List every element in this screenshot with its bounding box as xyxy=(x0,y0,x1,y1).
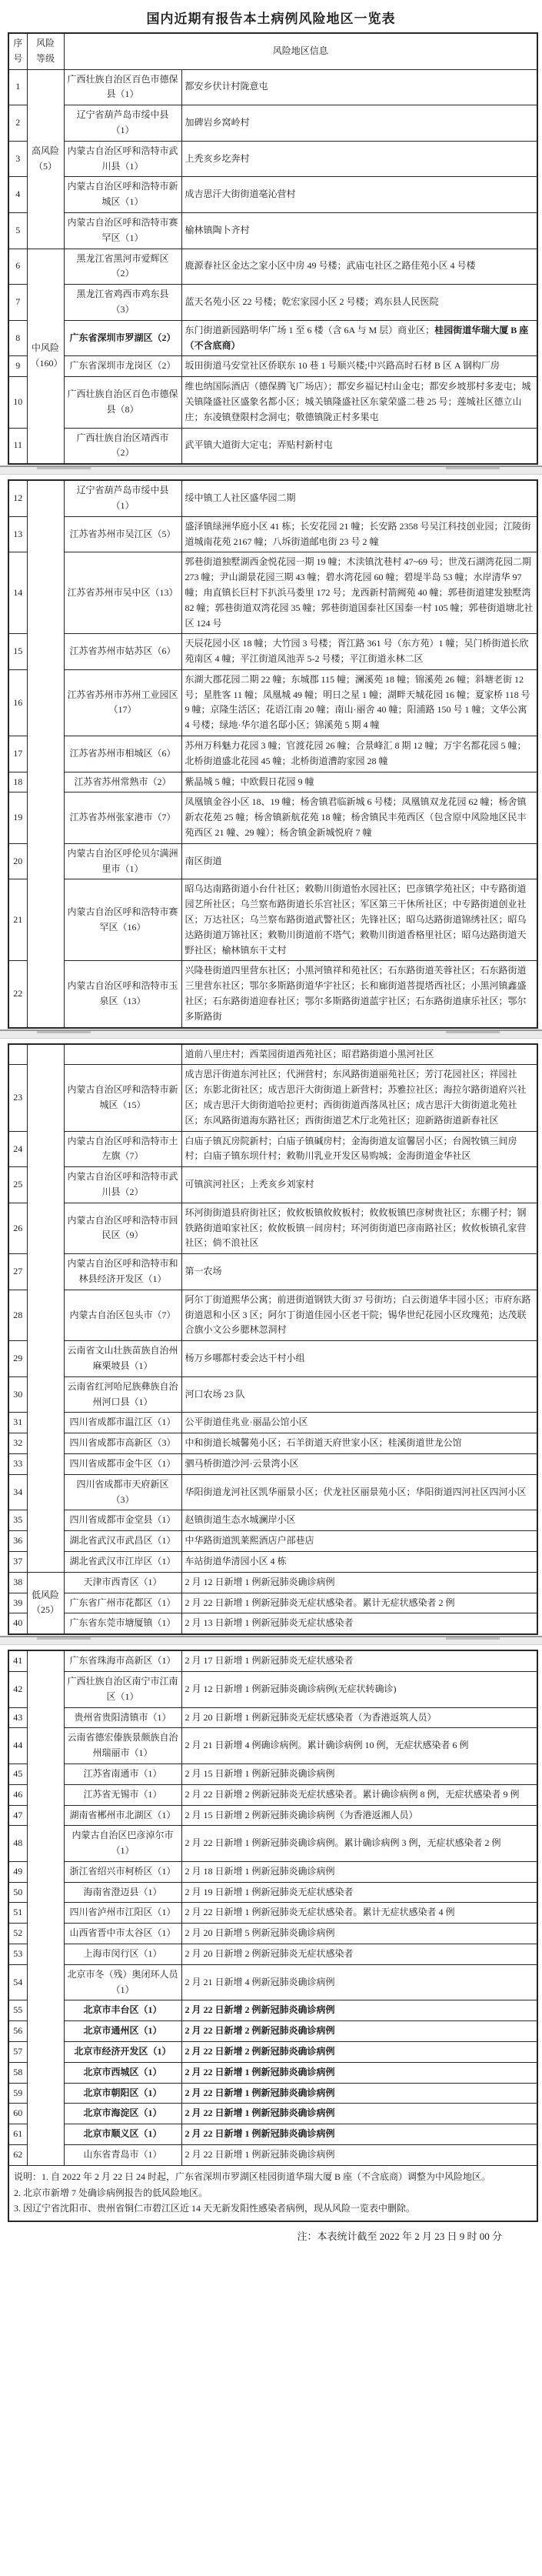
table-row: 43贵州省贵阳清镇市（1）2 月 20 日新增 1 例新冠肺炎无症状感染者（为香… xyxy=(8,1707,537,1728)
region-cell: 内蒙古自治区包头市（7） xyxy=(64,1290,181,1340)
table-row: 41广东省珠海市高新区（1）2 月 17 日新增 1 例新冠肺炎无症状感染者 xyxy=(8,1650,537,1671)
row-number-cell: 21 xyxy=(8,879,27,961)
region-cell: 内蒙古自治区呼和浩特市土左旗（7） xyxy=(64,1131,181,1167)
row-number-cell: 41 xyxy=(8,1650,27,1671)
region-cell: 内蒙古自治区巴彦淖尔市（1） xyxy=(64,1826,181,1862)
region-cell: 四川省成都市金牛区（1） xyxy=(64,1453,181,1474)
table-row: 55北京市丰台区（1）2 月 22 日新增 2 例新冠肺炎确诊病例 xyxy=(8,2000,537,2021)
table-row: 56北京市通州区（1）2 月 22 日新增 2 例新冠肺炎确诊病例 xyxy=(8,2021,537,2042)
risk-table-segment: 12辽宁省葫芦岛市绥中县（1）绥中镇工人社区盛华园二期13江苏省苏州市吴江区（5… xyxy=(8,479,538,1029)
region-cell: 上海市闵行区（1） xyxy=(64,1944,181,1965)
info-cell: 车站街道华清园小区 4 栋 xyxy=(181,1551,537,1572)
stats-cutoff-note: 注：本表统计截至 2022 年 2 月 23 日 9 时 00 分 xyxy=(0,2222,542,2275)
table-row: 21内蒙古自治区呼和浩特市赛罕区（16）昭乌达南路街道小台什社区；敕勒川街道怡水… xyxy=(8,879,537,961)
table-row: 38低风险 （25）天津市西青区（1）2 月 12 日新增 1 例新冠肺炎确诊病… xyxy=(8,1572,537,1593)
region-cell: 四川省成都市高新区（3） xyxy=(64,1433,181,1454)
info-cell: 中和街道长城馨苑小区；石羊街道天府世家小区；桂溪街道世龙公馆 xyxy=(181,1433,537,1454)
page-corner-mark xyxy=(446,1637,500,1640)
row-number-cell: 49 xyxy=(8,1861,27,1882)
info-cell: 第一农场 xyxy=(181,1254,537,1290)
table-row: 52山西省晋中市太谷区（1）2 月 20 日新增 5 例新冠肺炎确诊病例 xyxy=(8,1924,537,1944)
info-cell: 2 月 22 日新增 1 例新冠肺炎确诊病例 xyxy=(181,2124,537,2145)
table-row: 45江苏省南通市（1）2 月 15 日新增 1 例新冠肺炎确诊病例 xyxy=(8,1763,537,1784)
region-cell: 天津市西青区（1） xyxy=(64,1572,181,1593)
row-number-cell: 27 xyxy=(8,1254,27,1290)
table-row: 27内蒙古自治区呼和浩特市和林县经济开发区（1）第一农场 xyxy=(8,1254,537,1290)
info-cell: 武平镇大道街大定屯；弄贴村新村屯 xyxy=(181,428,537,464)
region-cell: 内蒙古自治区呼和浩特市赛罕区（1） xyxy=(64,212,181,249)
row-number-cell: 22 xyxy=(8,961,27,1028)
info-cell: 赵镇街道生态水城澜岸小区 xyxy=(181,1510,537,1531)
info-cell: 2 月 15 日新增 2 例新冠肺炎确诊病例（为香港返湘人员） xyxy=(181,1805,537,1826)
row-number-cell: 24 xyxy=(8,1131,27,1167)
row-number-cell: 4 xyxy=(8,177,27,213)
row-number-cell: 14 xyxy=(8,552,27,634)
region-cell: 广东省东莞市塘厦镇（1） xyxy=(64,1613,181,1634)
table-row: 29云南省文山壮族苗族自治州麻栗坡县（1）杨万乡哪都村委会达干村小组 xyxy=(8,1341,537,1377)
table-row: 36湖北省武汉市武昌区（1）中华路街道凯莱熙酒店户部巷店 xyxy=(8,1531,537,1552)
table-row: 2辽宁省葫芦岛市绥中县（1）加碑岩乡窝岭村 xyxy=(8,105,537,142)
row-number-cell: 53 xyxy=(8,1944,27,1965)
region-cell: 广西壮族自治区百色市德保县（1） xyxy=(64,69,181,105)
table-row: 57北京市经济开发区（1）2 月 22 日新增 2 例新冠肺炎确诊病例 xyxy=(8,2042,537,2063)
row-number-cell: 44 xyxy=(8,1728,27,1764)
row-number-cell: 59 xyxy=(8,2083,27,2104)
table-row: 11广西壮族自治区靖西市（2）武平镇大道街大定屯；弄贴村新村屯 xyxy=(8,428,537,464)
header-row: 序 号风险 等级风险地区信息 xyxy=(8,33,537,69)
region-cell: 江苏省苏州张家港市（7） xyxy=(64,792,181,843)
col-header-info: 风险地区信息 xyxy=(64,33,537,69)
table-page: 41广东省珠海市高新区（1）2 月 17 日新增 1 例新冠肺炎无症状感染者42… xyxy=(0,1650,542,2222)
table-row: 39广东省广州市花都区（1）2 月 22 日新增 1 例新冠肺炎无症状感染者。累… xyxy=(8,1593,537,1613)
region-cell: 北京市通州区（1） xyxy=(64,2021,181,2042)
region-cell: 云南省红河哈尼族彝族自治州河口县（1） xyxy=(64,1376,181,1413)
table-page: 道前八里庄村；西菜园街道西苑社区；昭君路街道小黑河社区23内蒙古自治区呼和浩特市… xyxy=(0,1043,542,1636)
note-line: 2. 北京市新增 7 处确诊病例报告的低风险地区。 xyxy=(14,2186,532,2201)
info-cell: 盛泽镇绿洲华庭小区 41 栋；长安花园 21 幢；长安路 2358 号吴江科技创… xyxy=(181,516,537,552)
row-number-cell xyxy=(8,1044,27,1065)
table-row: 8广东省深圳市罗湖区（2）东门街道新园路明华广场 1 至 6 楼（含 6A 与 … xyxy=(8,320,537,356)
region-cell: 山西省晋中市太谷区（1） xyxy=(64,1924,181,1944)
info-cell: 2 月 22 日新增 1 例新冠肺炎确诊病例。累计确诊病例 3 例，无症状感染者… xyxy=(181,1826,537,1862)
row-number-cell: 30 xyxy=(8,1376,27,1413)
notes-cell: 说明：1. 自 2022 年 2 月 22 日 24 时起，广东省深圳市罗湖区桂… xyxy=(8,2165,537,2221)
table-row: 道前八里庄村；西菜园街道西苑社区；昭君路街道小黑河社区 xyxy=(8,1044,537,1065)
info-cell: 天辰花园小区 18 幢；大竹园 3 号楼；胥江路 361 号（东方苑）1 幢；吴… xyxy=(181,634,537,670)
table-row: 47湖南省郴州市北湖区（1）2 月 15 日新增 2 例新冠肺炎确诊病例（为香港… xyxy=(8,1805,537,1826)
region-cell: 北京市丰台区（1） xyxy=(64,2000,181,2021)
info-cell: 2 月 22 日新增 1 例新冠肺炎无症状感染者。累计无症状感染者 4 例 xyxy=(181,1903,537,1924)
region-cell: 北京市朝阳区（1） xyxy=(64,2083,181,2104)
info-cell: 公平街道佳兆业·丽晶公馆小区 xyxy=(181,1413,537,1433)
info-cell: 榆林镇陶卜齐村 xyxy=(181,212,537,249)
table-row: 37湖北省武汉市江岸区（1）车站街道华清园小区 4 栋 xyxy=(8,1551,537,1572)
row-number-cell: 60 xyxy=(8,2104,27,2124)
row-number-cell: 62 xyxy=(8,2145,27,2166)
risk-level-cell: 中风险 （160） xyxy=(27,249,64,464)
info-cell: 阿尔丁街道熙华公寓；前进街道钢铁大街 37 号街坊；白云街道华丰园小区；市府东路… xyxy=(181,1290,537,1340)
row-number-cell: 26 xyxy=(8,1203,27,1253)
row-number-cell: 56 xyxy=(8,2021,27,2042)
info-cell: 中华路街道凯莱熙酒店户部巷店 xyxy=(181,1531,537,1552)
row-number-cell: 18 xyxy=(8,772,27,792)
row-number-cell: 50 xyxy=(8,1882,27,1903)
info-cell: 2 月 21 日新增 4 例确诊病例。累计确诊病例 10 例，无症状感染者 6 … xyxy=(181,1728,537,1764)
table-row: 44云南省德宏傣族景颇族自治州瑞丽市（1）2 月 21 日新增 4 例确诊病例。… xyxy=(8,1728,537,1764)
info-cell: 2 月 20 日新增 5 例新冠肺炎确诊病例 xyxy=(181,1924,537,1944)
row-number-cell: 15 xyxy=(8,634,27,670)
row-number-cell: 29 xyxy=(8,1341,27,1377)
row-number-cell: 17 xyxy=(8,736,27,772)
table-row: 19江苏省苏州张家港市（7）凤凰镇金谷小区 18、19 幢；杨舍镇君临新城 6 … xyxy=(8,792,537,843)
region-cell: 内蒙古自治区呼和浩特市回民区（9） xyxy=(64,1203,181,1253)
table-row: 5内蒙古自治区呼和浩特市赛罕区（1）榆林镇陶卜齐村 xyxy=(8,212,537,249)
table-row: 3内蒙古自治区呼和浩特市武川县（1）上秃亥乡圪奔村 xyxy=(8,141,537,177)
row-number-cell: 32 xyxy=(8,1433,27,1454)
table-row: 48内蒙古自治区巴彦淖尔市（1）2 月 22 日新增 1 例新冠肺炎确诊病例。累… xyxy=(8,1826,537,1862)
row-number-cell: 10 xyxy=(8,377,27,428)
info-cell: 2 月 22 日新增 2 例新冠肺炎无症状感染者。累计确诊病例 8 例，无症状感… xyxy=(181,1784,537,1805)
region-cell: 内蒙古自治区呼和浩特市赛罕区（16） xyxy=(64,879,181,961)
region-cell: 江苏省苏州常熟市（2） xyxy=(64,772,181,792)
table-row: 30云南省红河哈尼族彝族自治州河口县（1）河口农场 23 队 xyxy=(8,1376,537,1413)
region-cell: 内蒙古自治区呼和浩特市武川县（2） xyxy=(64,1167,181,1203)
info-cell: 2 月 22 日新增 1 例新冠肺炎无症状感染者。累计无症状感染者 2 例 xyxy=(181,1593,537,1613)
region-cell: 云南省德宏傣族景颇族自治州瑞丽市（1） xyxy=(64,1728,181,1764)
risk-level-cell: 高风险 （5） xyxy=(27,69,64,249)
risk-table-segment: 41广东省珠海市高新区（1）2 月 17 日新增 1 例新冠肺炎无症状感染者42… xyxy=(8,1650,538,2222)
risk-level-cell: 低风险 （25） xyxy=(27,1572,64,1634)
table-row: 60北京市海淀区（1）2 月 22 日新增 1 例新冠肺炎确诊病例 xyxy=(8,2104,537,2124)
row-number-cell: 57 xyxy=(8,2042,27,2063)
region-cell: 海南省澄迈县（1） xyxy=(64,1882,181,1903)
table-row: 46江苏省无锡市（1）2 月 22 日新增 2 例新冠肺炎无症状感染者。累计确诊… xyxy=(8,1784,537,1805)
region-cell: 北京市经济开发区（1） xyxy=(64,2042,181,2063)
table-row: 58北京市西城区（1）2 月 22 日新增 1 例新冠肺炎确诊病例 xyxy=(8,2062,537,2083)
info-cell: 2 月 22 日新增 1 例新冠肺炎确诊病例 xyxy=(181,2104,537,2124)
info-cell: 东湖大郡花园二期 22 幢；东城郡 115 幢；澜溪苑 18 幢；锦溪苑 26 … xyxy=(181,669,537,736)
info-cell: 2 月 21 日新增 4 例新冠肺炎确诊病例 xyxy=(181,1964,537,2000)
row-number-cell: 46 xyxy=(8,1784,27,1805)
region-cell: 北京市顺义区（1） xyxy=(64,2124,181,2145)
region-cell: 浙江省绍兴市柯桥区（1） xyxy=(64,1861,181,1882)
table-row: 54北京市冬（残）奥闭环人员（1）2 月 21 日新增 4 例新冠肺炎确诊病例 xyxy=(8,1964,537,2000)
table-row: 51四川省泸州市江阳区（1）2 月 22 日新增 1 例新冠肺炎无症状感染者。累… xyxy=(8,1903,537,1924)
info-cell: 都安乡伏计村陇意屯 xyxy=(181,69,537,105)
region-cell: 江苏省苏州市吴中区（13） xyxy=(64,552,181,634)
row-number-cell: 58 xyxy=(8,2062,27,2083)
table-row: 7黑龙江省鸡西市鸡东县（3）蓝天名苑小区 22 号楼；乾宏家园小区 2 号楼；鸡… xyxy=(8,285,537,321)
info-cell: 2 月 17 日新增 1 例新冠肺炎无症状感染者 xyxy=(181,1650,537,1671)
row-number-cell: 28 xyxy=(8,1290,27,1340)
table-row: 16江苏省苏州市苏州工业园区（17）东湖大郡花园二期 22 幢；东城郡 115 … xyxy=(8,669,537,736)
table-page: 12辽宁省葫芦岛市绥中县（1）绥中镇工人社区盛华园二期13江苏省苏州市吴江区（5… xyxy=(0,479,542,1029)
row-number-cell: 37 xyxy=(8,1551,27,1572)
col-header-level: 风险 等级 xyxy=(27,33,64,69)
row-number-cell: 2 xyxy=(8,105,27,142)
row-number-cell: 9 xyxy=(8,356,27,377)
table-row: 49浙江省绍兴市柯桥区（1）2 月 18 日新增 1 例新冠肺炎确诊病例 xyxy=(8,1861,537,1882)
row-number-cell: 20 xyxy=(8,843,27,879)
info-cell: 维也纳国际酒店（德保腾飞广场店）；都安乡福记村山金屯；都安乡坡那村多麦屯；城关镇… xyxy=(181,377,537,428)
row-number-cell: 39 xyxy=(8,1593,27,1613)
info-cell: 2 月 22 日新增 2 例新冠肺炎确诊病例 xyxy=(181,2000,537,2021)
row-number-cell: 34 xyxy=(8,1474,27,1510)
region-cell xyxy=(64,1044,181,1065)
info-cell: 绥中镇工人社区盛华园二期 xyxy=(181,480,537,516)
table-row: 13江苏省苏州市吴江区（5）盛泽镇绿洲华庭小区 41 栋；长安花园 21 幢；长… xyxy=(8,516,537,552)
info-cell: 凤凰镇金谷小区 18、19 幢；杨舍镇君临新城 6 号楼；凤凰镇双龙花园 62 … xyxy=(181,792,537,843)
row-number-cell: 7 xyxy=(8,285,27,321)
region-cell: 江苏省苏州市相城区（6） xyxy=(64,736,181,772)
table-row: 53上海市闵行区（1）2 月 20 日新增 2 例新冠肺炎无症状感染者 xyxy=(8,1944,537,1965)
row-number-cell: 40 xyxy=(8,1613,27,1634)
page-corner-mark xyxy=(446,1031,500,1033)
row-number-cell: 51 xyxy=(8,1903,27,1924)
region-cell: 辽宁省葫芦岛市绥中县（1） xyxy=(64,480,181,516)
row-number-cell: 55 xyxy=(8,2000,27,2021)
info-cell: 坂田街道马安堂社区侨联东 10 巷 1 号顺兴楼;中兴路高时石材 B 区 A 钢… xyxy=(181,356,537,377)
row-number-cell: 38 xyxy=(8,1572,27,1593)
table-row: 50海南省澄迈县（1）2 月 19 日新增 1 例新冠肺炎无症状感染者 xyxy=(8,1882,537,1903)
row-number-cell: 48 xyxy=(8,1826,27,1862)
page-break-band xyxy=(0,465,542,475)
risk-level-cell xyxy=(27,480,64,1028)
region-cell: 内蒙古自治区呼和浩特市新城区（1） xyxy=(64,177,181,213)
info-cell: 2 月 22 日新增 2 例新冠肺炎确诊病例 xyxy=(181,2021,537,2042)
info-cell: 蓝天名苑小区 22 号楼；乾宏家园小区 2 号楼；鸡东县人民医院 xyxy=(181,285,537,321)
risk-table-segment: 序 号风险 等级风险地区信息1高风险 （5）广西壮族自治区百色市德保县（1）都安… xyxy=(8,32,538,465)
table-row: 10广西壮族自治区百色市德保县（8）维也纳国际酒店（德保腾飞广场店）；都安乡福记… xyxy=(8,377,537,428)
document-body: 序 号风险 等级风险地区信息1高风险 （5）广西壮族自治区百色市德保县（1）都安… xyxy=(0,32,542,2222)
region-cell: 北京市西城区（1） xyxy=(64,2062,181,2083)
table-row: 12辽宁省葫芦岛市绥中县（1）绥中镇工人社区盛华园二期 xyxy=(8,480,537,516)
region-cell: 黑龙江省鸡西市鸡东县（3） xyxy=(64,285,181,321)
region-cell: 广西壮族自治区南宁市江南区（1） xyxy=(64,1671,181,1707)
table-row: 31四川省成都市温江区（1）公平街道佳兆业·丽晶公馆小区 xyxy=(8,1413,537,1433)
row-number-cell: 11 xyxy=(8,428,27,464)
region-cell: 内蒙古自治区呼和浩特市新城区（15） xyxy=(64,1065,181,1131)
info-cell: 道前八里庄村；西菜园街道西苑社区；昭君路街道小黑河社区 xyxy=(181,1044,537,1065)
info-cell: 鹿源春社区金达之家小区中房 49 号楼；武庙屯社区之路佳苑小区 4 号楼 xyxy=(181,249,537,285)
row-number-cell: 16 xyxy=(8,669,27,736)
row-number-cell: 8 xyxy=(8,320,27,356)
row-number-cell: 19 xyxy=(8,792,27,843)
col-header-no: 序 号 xyxy=(8,33,27,69)
risk-table-segment: 道前八里庄村；西菜园街道西苑社区；昭君路街道小黑河社区23内蒙古自治区呼和浩特市… xyxy=(8,1043,538,1636)
info-cell: 东门街道新园路明华广场 1 至 6 楼（含 6A 与 M 层）商业区；桂园街道华… xyxy=(181,320,537,356)
region-cell: 广西壮族自治区百色市德保县（8） xyxy=(64,377,181,428)
region-cell: 江苏省苏州市吴江区（5） xyxy=(64,516,181,552)
table-row: 4内蒙古自治区呼和浩特市新城区（1）成吉思汗大街街道毫沁营村 xyxy=(8,177,537,213)
info-cell: 可镇滨河社区；上秃亥乡刘家村 xyxy=(181,1167,537,1203)
page-corner-mark xyxy=(37,1031,91,1033)
info-cell: 兴隆巷街道四里营东社区；小黑河镇祥和苑社区；石东路街道芙蓉社区；石东路街道三里营… xyxy=(181,961,537,1028)
region-cell: 广东省深圳市龙岗区（2） xyxy=(64,356,181,377)
notes-row: 说明：1. 自 2022 年 2 月 22 日 24 时起，广东省深圳市罗湖区桂… xyxy=(8,2165,537,2221)
region-cell: 内蒙古自治区呼伦贝尔满洲里市（1） xyxy=(64,843,181,879)
row-number-cell: 1 xyxy=(8,69,27,105)
region-cell: 内蒙古自治区呼和浩特市玉泉区（13） xyxy=(64,961,181,1028)
info-cell: 紫晶城 5 幢；中欧假日花园 9 幢 xyxy=(181,772,537,792)
info-cell: 华阳街道龙河社区凯华丽景小区；伏龙社区丽景苑小区；华阳街道四河社区四河小区 xyxy=(181,1474,537,1510)
region-cell: 湖南省郴州市北湖区（1） xyxy=(64,1805,181,1826)
table-row: 6中风险 （160）黑龙江省黑河市爱辉区（2）鹿源春社区金达之家小区中房 49 … xyxy=(8,249,537,285)
info-cell: 昭乌达南路街道小台什社区；敕勒川街道怡水园社区；巴彦镇学苑社区；中专路街道园艺所… xyxy=(181,879,537,961)
table-row: 26内蒙古自治区呼和浩特市回民区（9）环河街街道县府街社区；攸攸板镇攸攸板村；攸… xyxy=(8,1203,537,1253)
region-cell: 江苏省苏州市姑苏区（6） xyxy=(64,634,181,670)
region-cell: 江苏省南通市（1） xyxy=(64,1763,181,1784)
info-cell: 2 月 22 日新增 1 例新冠肺炎确诊病例 xyxy=(181,2062,537,2083)
region-cell: 湖北省武汉市江岸区（1） xyxy=(64,1551,181,1572)
table-row: 14江苏省苏州市吴中区（13）郭巷街道独墅湖西金悦花园一期 19 幢；木渎镇沈巷… xyxy=(8,552,537,634)
region-cell: 山东省青岛市（1） xyxy=(64,2145,181,2166)
region-cell: 四川省泸州市江阳区（1） xyxy=(64,1903,181,1924)
region-cell: 广东省珠海市高新区（1） xyxy=(64,1650,181,1671)
info-cell: 驷马桥街道沙河·云景湾小区 xyxy=(181,1453,537,1474)
table-row: 1高风险 （5）广西壮族自治区百色市德保县（1）都安乡伏计村陇意屯 xyxy=(8,69,537,105)
region-cell: 北京市冬（残）奥闭环人员（1） xyxy=(64,1964,181,2000)
row-number-cell: 35 xyxy=(8,1510,27,1531)
page-corner-mark xyxy=(37,467,91,469)
row-number-cell: 6 xyxy=(8,249,27,285)
info-cell: 河口农场 23 队 xyxy=(181,1376,537,1413)
table-row: 23内蒙古自治区呼和浩特市新城区（15）成吉思汗街道东河社区；代洲营村；东风路街… xyxy=(8,1065,537,1131)
region-cell: 辽宁省葫芦岛市绥中县（1） xyxy=(64,105,181,142)
region-cell: 云南省文山壮族苗族自治州麻栗坡县（1） xyxy=(64,1341,181,1377)
info-cell: 2 月 19 日新增 1 例新冠肺炎无症状感染者 xyxy=(181,1882,537,1903)
page-break-band xyxy=(0,1636,542,1645)
region-cell: 江苏省无锡市（1） xyxy=(64,1784,181,1805)
info-cell: 2 月 12 日新增 1 例新冠肺炎确诊病例(无症状转确诊) xyxy=(181,1671,537,1707)
info-cell: 白庙子镇瓦房院新村；白庙子镇碱房村；金海街道友谊馨居小区；台阁牧镇三间房村；白庙… xyxy=(181,1131,537,1167)
region-cell: 广东省深圳市罗湖区（2） xyxy=(64,320,181,356)
info-cell: 2 月 12 日新增 1 例新冠肺炎确诊病例 xyxy=(181,1572,537,1593)
region-cell: 四川省成都市天府新区（3） xyxy=(64,1474,181,1510)
region-cell: 内蒙古自治区呼和浩特市武川县（1） xyxy=(64,141,181,177)
region-cell: 四川省成都市金堂县（1） xyxy=(64,1510,181,1531)
row-number-cell: 33 xyxy=(8,1453,27,1474)
row-number-cell: 36 xyxy=(8,1531,27,1552)
risk-level-cell xyxy=(27,1650,64,2165)
row-number-cell: 45 xyxy=(8,1763,27,1784)
row-number-cell: 42 xyxy=(8,1671,27,1707)
row-number-cell: 5 xyxy=(8,212,27,249)
info-cell: 2 月 20 日新增 1 例新冠肺炎无症状感染者（为香港返筑人员） xyxy=(181,1707,537,1728)
note-line: 说明：1. 自 2022 年 2 月 22 日 24 时起，广东省深圳市罗湖区桂… xyxy=(14,2170,532,2185)
table-row: 22内蒙古自治区呼和浩特市玉泉区（13）兴隆巷街道四里营东社区；小黑河镇祥和苑社… xyxy=(8,961,537,1028)
row-number-cell: 52 xyxy=(8,1924,27,1944)
row-number-cell: 3 xyxy=(8,141,27,177)
info-cell: 2 月 22 日新增 1 例新冠肺炎确诊病例 xyxy=(181,2083,537,2104)
info-cell: 2 月 22 日新增 1 例新冠肺炎确诊病例 xyxy=(181,2145,537,2166)
info-cell: 2 月 15 日新增 1 例新冠肺炎确诊病例 xyxy=(181,1763,537,1784)
info-cell: 2 月 18 日新增 1 例新冠肺炎确诊病例 xyxy=(181,1861,537,1882)
region-cell: 湖北省武汉市武昌区（1） xyxy=(64,1531,181,1552)
table-row: 59北京市朝阳区（1）2 月 22 日新增 1 例新冠肺炎确诊病例 xyxy=(8,2083,537,2104)
region-cell: 黑龙江省黑河市爱辉区（2） xyxy=(64,249,181,285)
page-title: 国内近期有报告本土病例风险地区一览表 xyxy=(0,0,542,32)
region-cell: 内蒙古自治区呼和浩特市和林县经济开发区（1） xyxy=(64,1254,181,1290)
info-cell: 成吉思汗大街街道毫沁营村 xyxy=(181,177,537,213)
table-row: 34四川省成都市天府新区（3）华阳街道龙河社区凯华丽景小区；伏龙社区丽景苑小区；… xyxy=(8,1474,537,1510)
region-cell: 广西壮族自治区靖西市（2） xyxy=(64,428,181,464)
table-row: 61北京市顺义区（1）2 月 22 日新增 1 例新冠肺炎确诊病例 xyxy=(8,2124,537,2145)
row-number-cell: 43 xyxy=(8,1707,27,1728)
table-row: 15江苏省苏州市姑苏区（6）天辰花园小区 18 幢；大竹园 3 号楼；胥江路 3… xyxy=(8,634,537,670)
row-number-cell: 25 xyxy=(8,1167,27,1203)
table-row: 18江苏省苏州常熟市（2）紫晶城 5 幢；中欧假日花园 9 幢 xyxy=(8,772,537,792)
info-text: 东门街道新园路明华广场 1 至 6 楼（含 6A 与 M 层）商业区； xyxy=(185,325,435,335)
table-row: 62山东省青岛市（1）2 月 22 日新增 1 例新冠肺炎确诊病例 xyxy=(8,2145,537,2166)
table-row: 20内蒙古自治区呼伦贝尔满洲里市（1）南区街道 xyxy=(8,843,537,879)
table-page: 序 号风险 等级风险地区信息1高风险 （5）广西壮族自治区百色市德保县（1）都安… xyxy=(0,32,542,465)
info-cell: 杨万乡哪都村委会达干村小组 xyxy=(181,1341,537,1377)
table-row: 42广西壮族自治区南宁市江南区（1）2 月 12 日新增 1 例新冠肺炎确诊病例… xyxy=(8,1671,537,1707)
row-number-cell: 12 xyxy=(8,480,27,516)
region-cell: 贵州省贵阳清镇市（1） xyxy=(64,1707,181,1728)
table-row: 35四川省成都市金堂县（1）赵镇街道生态水城澜岸小区 xyxy=(8,1510,537,1531)
page-corner-mark xyxy=(37,1637,91,1640)
table-row: 25内蒙古自治区呼和浩特市武川县（2）可镇滨河社区；上秃亥乡刘家村 xyxy=(8,1167,537,1203)
note-line: 3. 因辽宁省沈阳市、贵州省铜仁市碧江区近 14 天无新发阳性感染者病例，现从风… xyxy=(14,2201,532,2217)
table-row: 28内蒙古自治区包头市（7）阿尔丁街道熙华公寓；前进街道钢铁大街 37 号街坊；… xyxy=(8,1290,537,1340)
row-number-cell: 54 xyxy=(8,1964,27,2000)
info-cell: 苏州万科魅力花园 3 幢；官渡花园 26 幢；合景峰汇 8 期 12 幢；万宇名… xyxy=(181,736,537,772)
info-cell: 上秃亥乡圪奔村 xyxy=(181,141,537,177)
region-cell: 江苏省苏州市苏州工业园区（17） xyxy=(64,669,181,736)
info-cell: 2 月 22 日新增 2 例新冠肺炎确诊病例 xyxy=(181,2042,537,2063)
table-row: 40广东省东莞市塘厦镇（1）2 月 13 日新增 1 例新冠肺炎无症状感染者 xyxy=(8,1613,537,1634)
info-cell: 成吉思汗街道东河社区；代洲营村；东风路街道丽苑社区；芳汀花园社区；祥园社区；东影… xyxy=(181,1065,537,1131)
row-number-cell: 47 xyxy=(8,1805,27,1826)
row-number-cell: 23 xyxy=(8,1065,27,1131)
info-cell: 2 月 13 日新增 1 例新冠肺炎无症状感染者 xyxy=(181,1613,537,1634)
page-corner-mark xyxy=(446,467,500,469)
region-cell: 四川省成都市温江区（1） xyxy=(64,1413,181,1433)
row-number-cell: 31 xyxy=(8,1413,27,1433)
info-cell: 2 月 20 日新增 2 例新冠肺炎无症状感染者 xyxy=(181,1944,537,1965)
info-cell: 郭巷街道独墅湖西金悦花园一期 19 幢；木渎镇沈巷村 47~69 号；世茂石湖湾… xyxy=(181,552,537,634)
region-cell: 北京市海淀区（1） xyxy=(64,2104,181,2124)
table-row: 17江苏省苏州市相城区（6）苏州万科魅力花园 3 幢；官渡花园 26 幢；合景峰… xyxy=(8,736,537,772)
table-row: 9广东省深圳市龙岗区（2）坂田街道马安堂社区侨联东 10 巷 1 号顺兴楼;中兴… xyxy=(8,356,537,377)
info-cell: 南区街道 xyxy=(181,843,537,879)
table-row: 32四川省成都市高新区（3）中和街道长城馨苑小区；石羊街道天府世家小区；桂溪街道… xyxy=(8,1433,537,1454)
info-cell: 环河街街道县府街社区；攸攸板镇攸攸板村；攸攸板镇巴彦树贵社区；东棚子村；钢铁路街… xyxy=(181,1203,537,1253)
row-number-cell: 61 xyxy=(8,2124,27,2145)
table-row: 24内蒙古自治区呼和浩特市土左旗（7）白庙子镇瓦房院新村；白庙子镇碱房村；金海街… xyxy=(8,1131,537,1167)
page-break-band xyxy=(0,1029,542,1039)
region-cell: 广东省广州市花都区（1） xyxy=(64,1593,181,1613)
info-cell: 加碑岩乡窝岭村 xyxy=(181,105,537,142)
risk-level-cell xyxy=(27,1044,64,1573)
table-row: 33四川省成都市金牛区（1）驷马桥街道沙河·云景湾小区 xyxy=(8,1453,537,1474)
row-number-cell: 13 xyxy=(8,516,27,552)
